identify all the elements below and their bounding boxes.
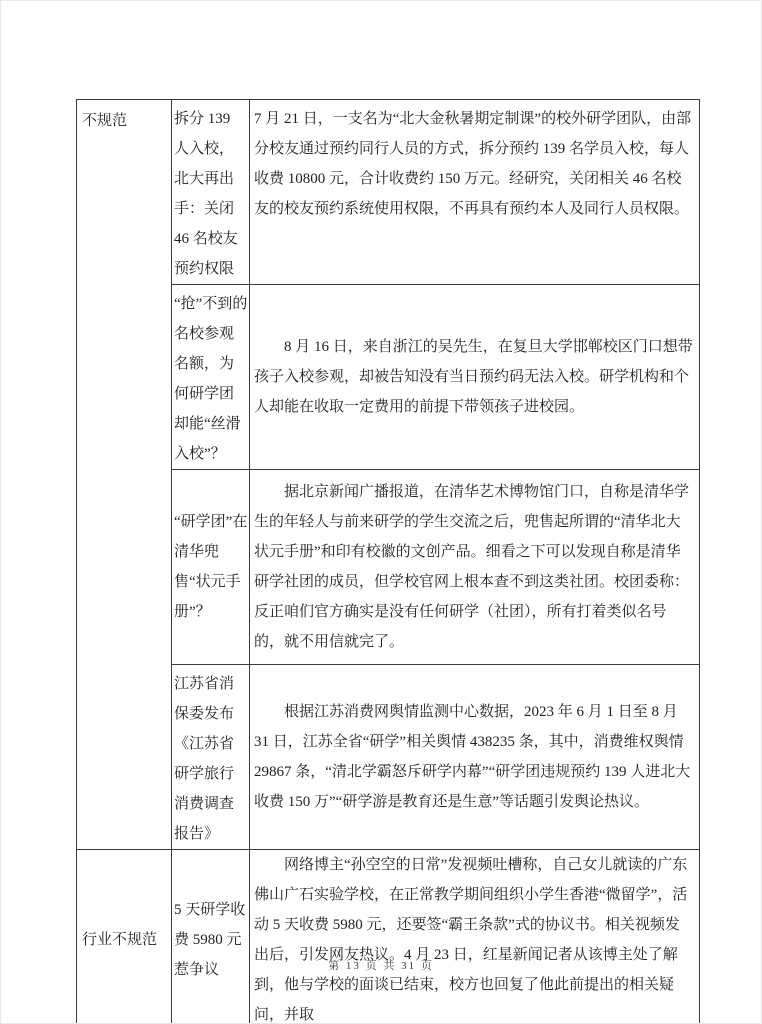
row-title-cell: 江苏省消保委发布《江苏省研学旅行消费调查报告》 — [172, 665, 250, 850]
row-title-cell: 5 天研学收费 5980 元惹争议 — [172, 850, 250, 1024]
row-title: “研学团”在清华兜售“状元手册”？ — [174, 507, 248, 627]
row-content-cell: 网络博主“孙空空的日常”发视频吐槽称，自己女儿就读的广东佛山广石实验学校，在正常… — [250, 850, 700, 1024]
category-cell-irregular: 不规范 — [77, 100, 172, 850]
row-content-cell: 8 月 16 日，来自浙江的吴先生，在复旦大学邯郸校区门口想带孩子入校参观，却被… — [250, 285, 700, 470]
row-content: 网络博主“孙空空的日常”发视频吐槽称，自己女儿就读的广东佛山广石实验学校，在正常… — [254, 850, 693, 1024]
row-content-cell: 据北京新闻广播报道，在清华艺术博物馆门口，自称是清华学生的年轻人与前来研学的学生… — [250, 470, 700, 665]
document-page: 不规范 拆分 139 人入校，北大再出手：关闭 46 名校友预约权限 7 月 2… — [0, 0, 762, 1024]
report-table: 不规范 拆分 139 人入校，北大再出手：关闭 46 名校友预约权限 7 月 2… — [76, 99, 700, 1024]
category-cell-industry-irregular: 行业不规范 — [77, 850, 172, 1024]
category-label: 不规范 — [82, 106, 168, 136]
row-title-cell: 拆分 139 人入校，北大再出手：关闭 46 名校友预约权限 — [172, 100, 250, 285]
page-number-footer: 第 13 页 共 31 页 — [1, 957, 761, 973]
row-content: 8 月 16 日，来自浙江的吴先生，在复旦大学邯郸校区门口想带孩子入校参观，却被… — [254, 332, 693, 422]
row-title-cell: “抢”不到的名校参观名额，为何研学团却能“丝滑入校”？ — [172, 285, 250, 470]
row-title: “抢”不到的名校参观名额，为何研学团却能“丝滑入校”？ — [174, 289, 248, 469]
row-content-cell: 根据江苏消费网舆情监测中心数据，2023 年 6 月 1 日至 8 月 31 日… — [250, 665, 700, 850]
row-content: 据北京新闻广播报道，在清华艺术博物馆门口，自称是清华学生的年轻人与前来研学的学生… — [254, 477, 693, 657]
category-label: 行业不规范 — [82, 925, 168, 955]
row-title-cell: “研学团”在清华兜售“状元手册”？ — [172, 470, 250, 665]
row-title: 拆分 139 人入校，北大再出手：关闭 46 名校友预约权限 — [174, 104, 248, 284]
row-content: 根据江苏消费网舆情监测中心数据，2023 年 6 月 1 日至 8 月 31 日… — [254, 697, 693, 817]
row-content-cell: 7 月 21 日，一支名为“北大金秋暑期定制课”的校外研学团队，由部分校友通过预… — [250, 100, 700, 285]
table-row: 不规范 拆分 139 人入校，北大再出手：关闭 46 名校友预约权限 7 月 2… — [77, 100, 700, 285]
table-row: 行业不规范 5 天研学收费 5980 元惹争议 网络博主“孙空空的日常”发视频吐… — [77, 850, 700, 1024]
row-title: 江苏省消保委发布《江苏省研学旅行消费调查报告》 — [174, 669, 248, 849]
row-content: 7 月 21 日，一支名为“北大金秋暑期定制课”的校外研学团队，由部分校友通过预… — [254, 104, 693, 224]
